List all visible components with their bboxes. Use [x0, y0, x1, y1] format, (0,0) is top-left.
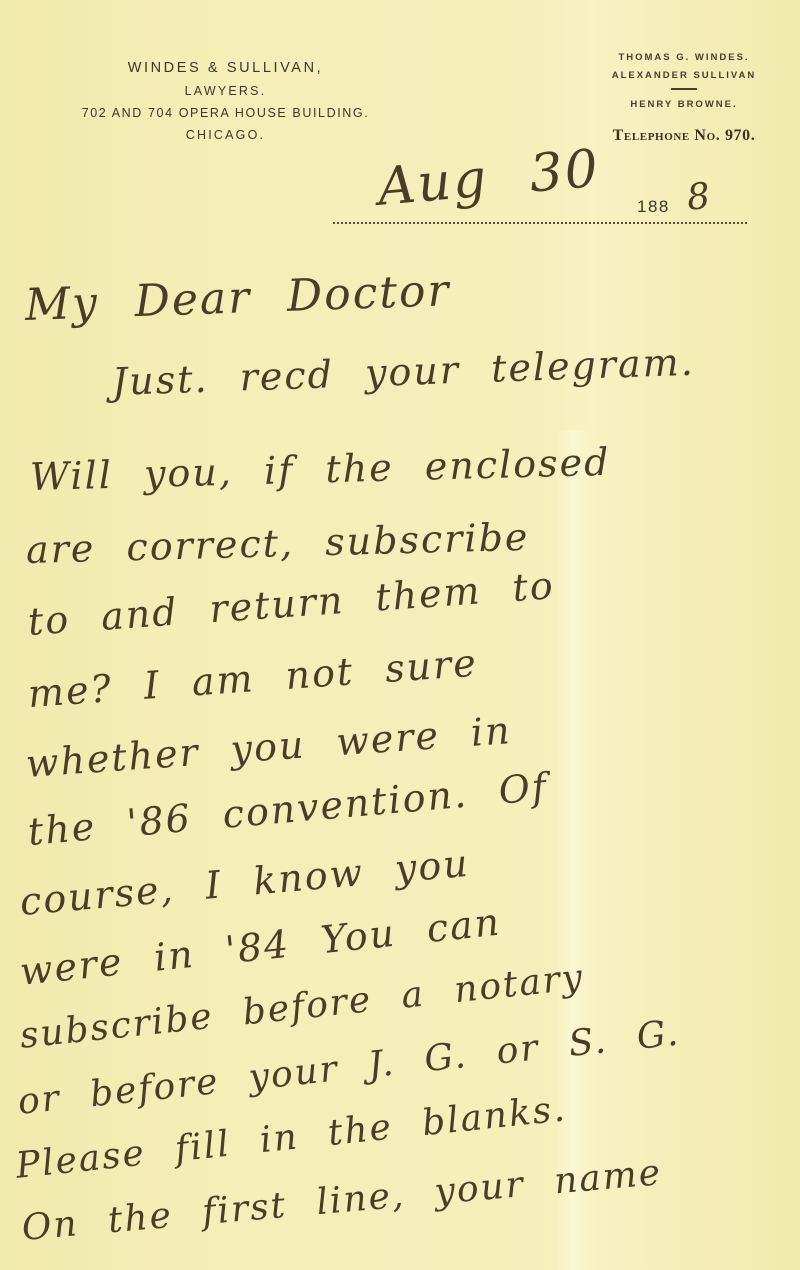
letterhead-left: WINDES & SULLIVAN, LAWYERS. 702 AND 704 …: [58, 60, 393, 142]
printed-year-prefix: 188: [637, 197, 670, 217]
scan-seam: [556, 430, 590, 1270]
handwriting-line: Will you, if the enclosed: [29, 440, 610, 499]
partner-name: ALEXANDER SULLIVAN: [578, 70, 790, 81]
salutation-line: My Dear Doctor: [24, 265, 451, 331]
handwriting-line: Just. recd your telegram.: [111, 340, 695, 404]
firm-city: CHICAGO.: [58, 128, 393, 142]
firm-name: WINDES & SULLIVAN,: [58, 60, 393, 76]
partner-name: THOMAS G. WINDES.: [578, 52, 790, 63]
firm-type: LAWYERS.: [58, 84, 393, 98]
telephone-number: Telephone No. 970.: [578, 127, 790, 145]
associate-name: HENRY BROWNE.: [578, 99, 790, 110]
handwritten-year-digit: 8: [685, 176, 714, 219]
handwriting-line: me? I am not sure: [26, 641, 479, 716]
scanned-letter-page: { "letterhead": { "firm_name": "WINDES &…: [0, 0, 800, 1270]
handwriting-line: are correct, subscribe: [25, 515, 529, 572]
handwriting-line: to and return them to: [26, 563, 556, 644]
firm-address: 702 AND 704 OPERA HOUSE BUILDING.: [58, 106, 393, 120]
letterhead-right: THOMAS G. WINDES. ALEXANDER SULLIVAN HEN…: [578, 52, 790, 145]
letterhead-divider: [671, 88, 697, 90]
